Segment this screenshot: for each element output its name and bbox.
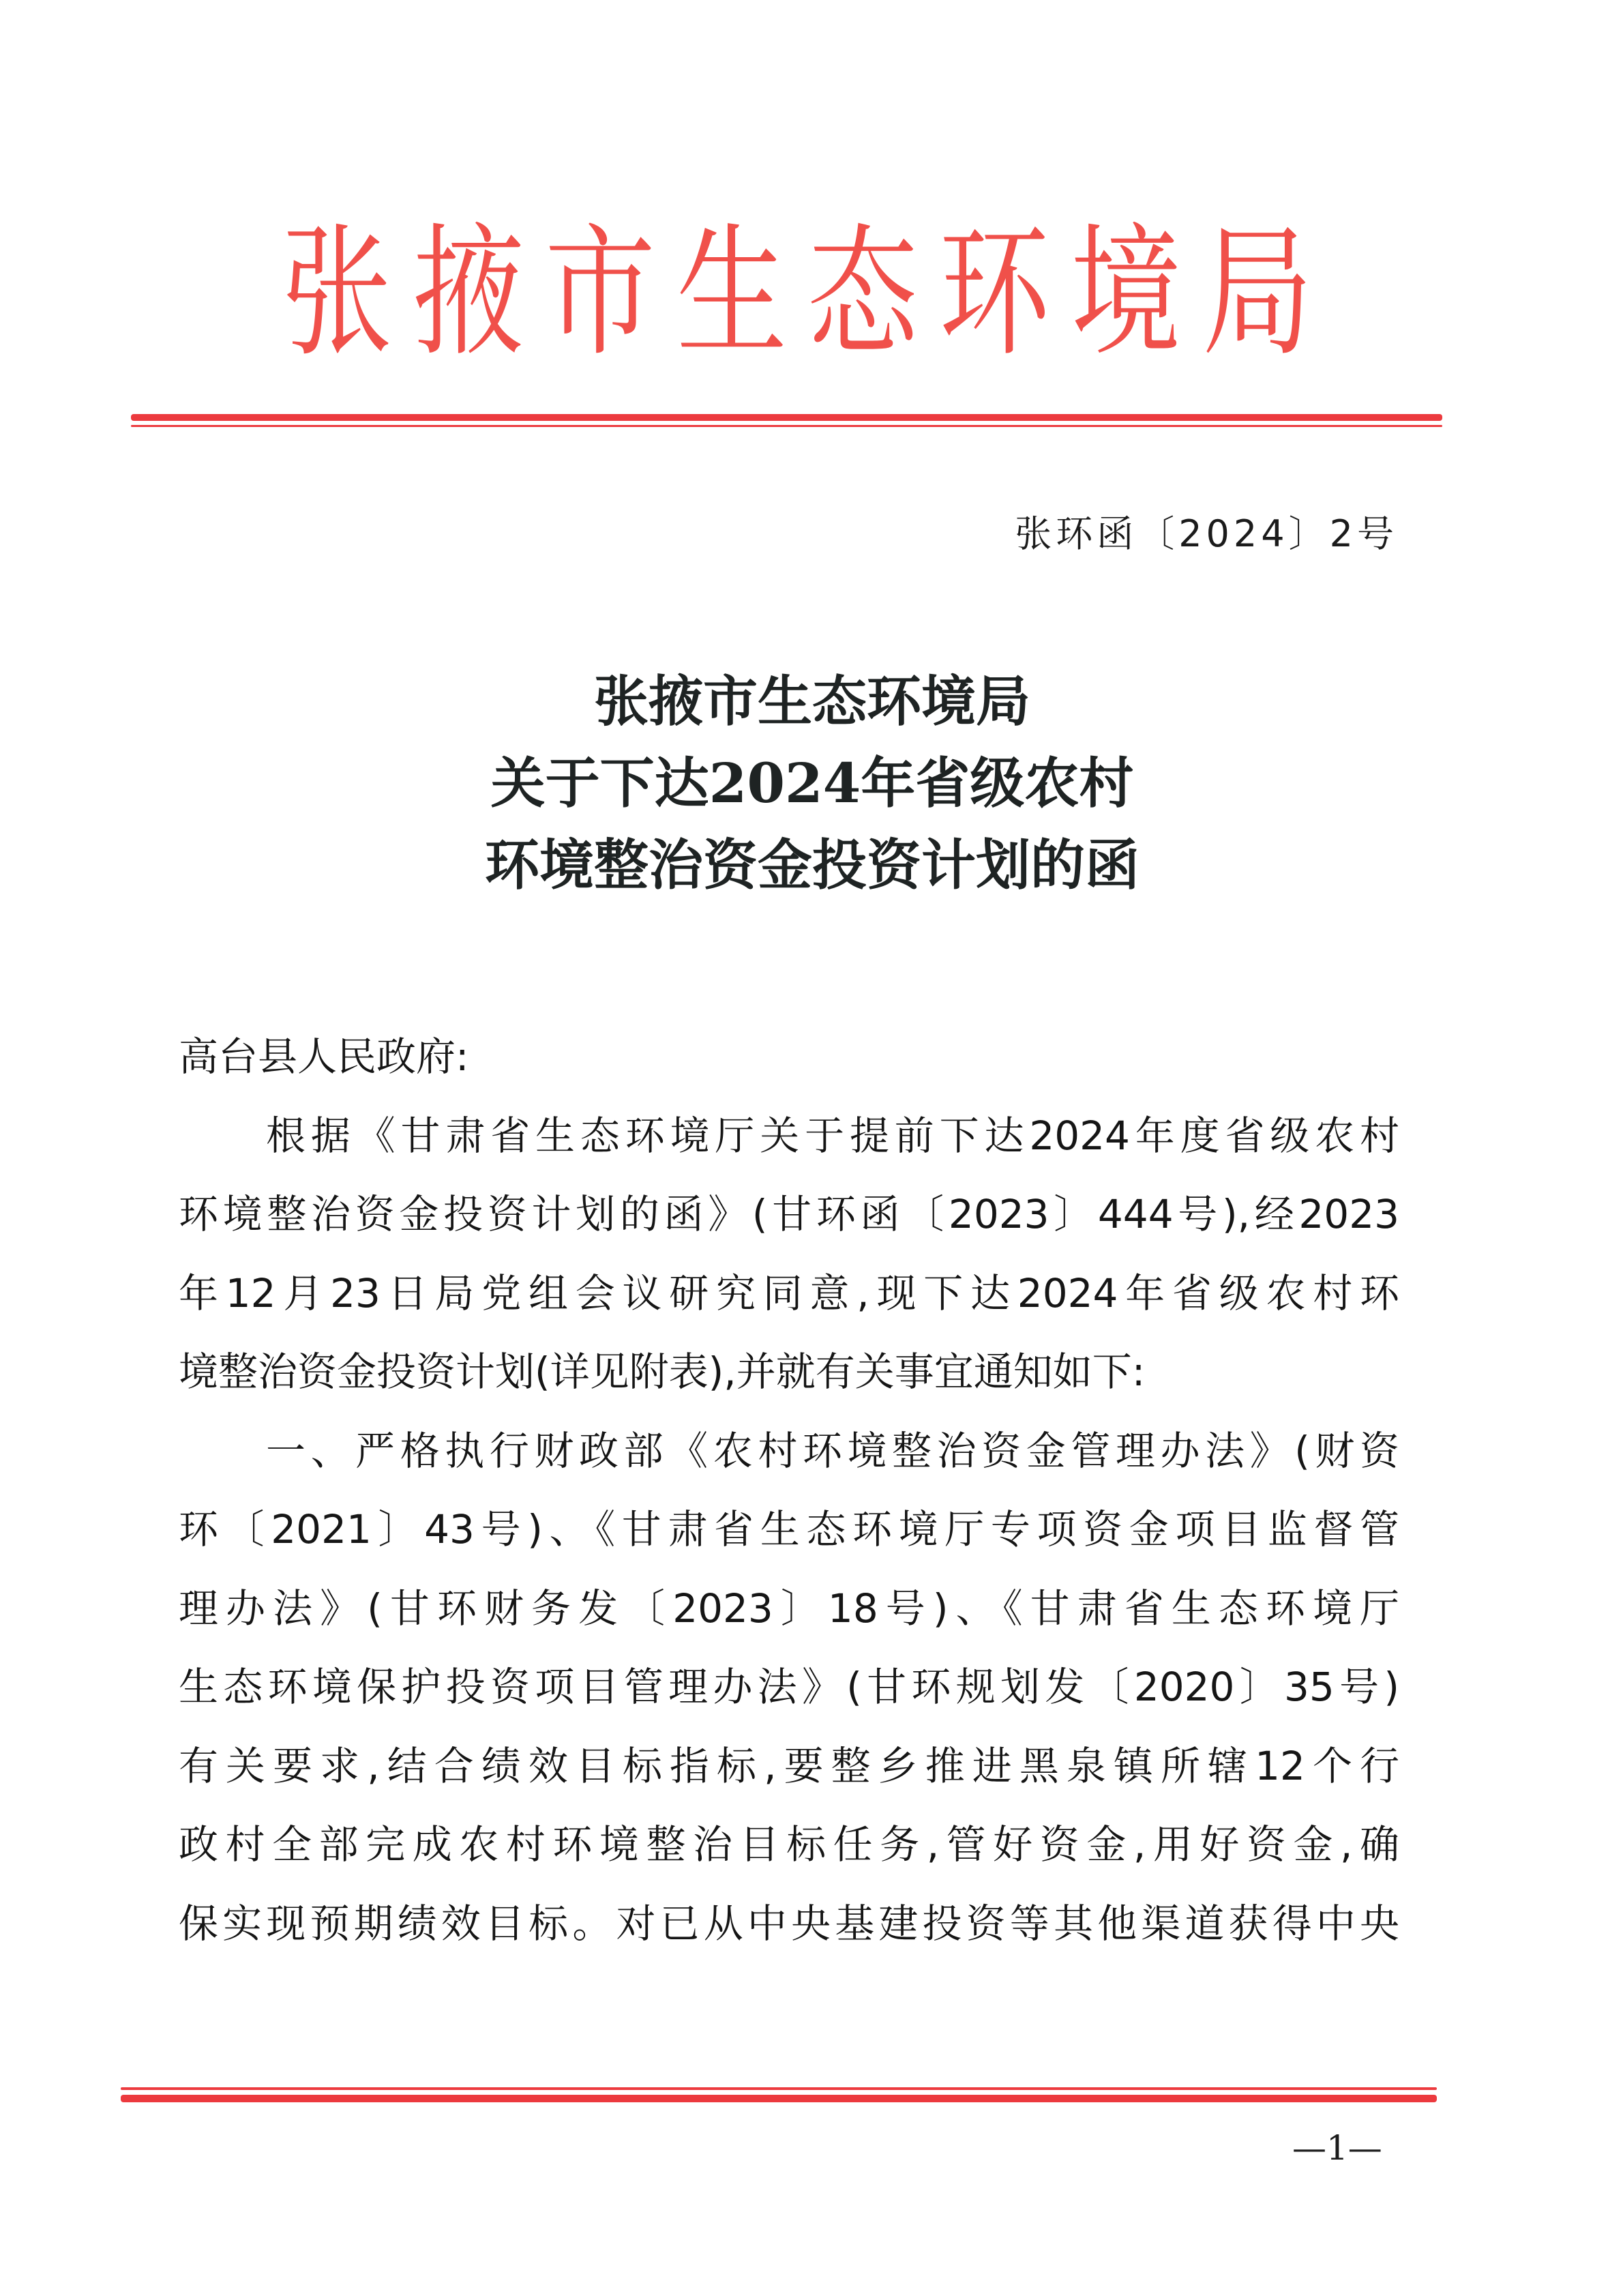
body-line: 境整治资金投资计划(详见附表),并就有关事宜通知如下: (179, 1333, 1399, 1412)
body-line: 环境整治资金投资计划的函》(甘环函〔2023〕444号),经2023 (179, 1175, 1399, 1254)
masthead-char: 局 (1202, 222, 1303, 364)
masthead-char: 境 (1071, 222, 1172, 364)
footer-rule-thick (121, 2095, 1437, 2102)
body-line: 保实现预期绩效目标。对已从中央基建投资等其他渠道获得中央 (179, 1885, 1399, 1964)
footer-rule-thin (121, 2087, 1437, 2090)
body-line: 生态环境保护投资项目管理办法》(甘环规划发〔2020〕35号) (179, 1648, 1399, 1727)
masthead-char: 生 (676, 222, 777, 364)
body-line: 年12月23日局党组会议研究同意,现下达2024年省级农村环 (179, 1254, 1399, 1334)
masthead-char: 掖 (413, 222, 514, 364)
page-number: —1— (1292, 2128, 1382, 2168)
salutation: 高台县人民政府: (179, 1018, 1399, 1097)
letter-body: 高台县人民政府: 根据《甘肃省生态环境厅关于提前下达2024年度省级农村 环境整… (179, 1018, 1399, 1963)
title-line-2: 关于下达2024年省级农村 (1, 756, 1623, 810)
header-rule-thin (131, 425, 1442, 427)
masthead-char: 张 (282, 222, 383, 364)
title-line-3: 环境整治资金投资计划的函 (1, 838, 1623, 892)
body-line: 一、严格执行财政部《农村环境整治资金管理办法》(财资 (179, 1412, 1399, 1491)
title-line-1: 张掖市生态环境局 (1, 674, 1623, 728)
body-line: 政村全部完成农村环境整治目标任务,管好资金,用好资金,确 (179, 1806, 1399, 1885)
masthead-char: 环 (939, 222, 1040, 364)
masthead-char: 市 (545, 222, 646, 364)
masthead: 张 掖 市 生 态 环 境 局 (267, 205, 1317, 382)
body-line: 环〔2021〕43号)、《甘肃省生态环境厅专项资金项目监督管 (179, 1490, 1399, 1570)
body-line: 理办法》(甘环财务发〔2023〕18号)、《甘肃省生态环境厅 (179, 1570, 1399, 1649)
body-line: 有关要求,结合绩效目标指标,要整乡推进黑泉镇所辖12个行 (179, 1727, 1399, 1806)
body-line: 根据《甘肃省生态环境厅关于提前下达2024年度省级农村 (179, 1097, 1399, 1176)
document-number: 张环函〔2024〕2号 (1015, 505, 1398, 557)
masthead-char: 态 (807, 222, 908, 364)
header-rule-thick (131, 414, 1442, 421)
